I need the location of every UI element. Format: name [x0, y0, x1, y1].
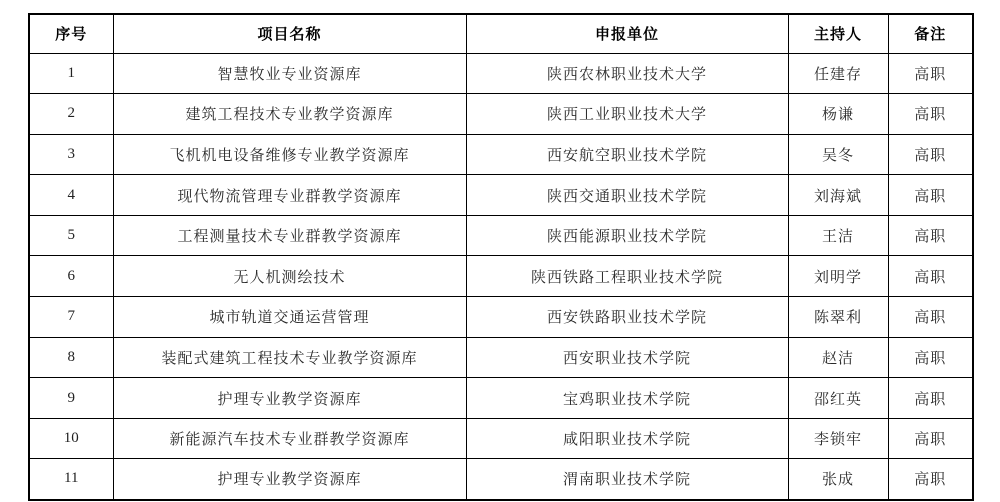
cell-leader: 杨谦 — [788, 94, 888, 135]
cell-applicant-unit: 陕西交通职业技术学院 — [466, 175, 788, 216]
table-row: 9护理专业教学资源库宝鸡职业技术学院邵红英高职 — [29, 378, 973, 419]
cell-leader: 陈翠利 — [788, 297, 888, 338]
cell-project-name: 城市轨道交通运营管理 — [113, 297, 466, 338]
table-row: 7城市轨道交通运营管理西安铁路职业技术学院陈翠利高职 — [29, 297, 973, 338]
cell-serial-number: 3 — [29, 134, 113, 175]
cell-leader: 王洁 — [788, 215, 888, 256]
cell-leader: 邵红英 — [788, 378, 888, 419]
cell-serial-number: 4 — [29, 175, 113, 216]
cell-serial-number: 1 — [29, 53, 113, 94]
cell-applicant-unit: 西安铁路职业技术学院 — [466, 297, 788, 338]
cell-serial-number: 9 — [29, 378, 113, 419]
cell-project-name: 护理专业教学资源库 — [113, 378, 466, 419]
table-row: 5工程测量技术专业群教学资源库陕西能源职业技术学院王洁高职 — [29, 215, 973, 256]
cell-applicant-unit: 陕西工业职业技术大学 — [466, 94, 788, 135]
table-row: 4现代物流管理专业群教学资源库陕西交通职业技术学院刘海斌高职 — [29, 175, 973, 216]
cell-project-name: 工程测量技术专业群教学资源库 — [113, 215, 466, 256]
cell-applicant-unit: 宝鸡职业技术学院 — [466, 378, 788, 419]
cell-remark: 高职 — [888, 215, 973, 256]
cell-leader: 任建存 — [788, 53, 888, 94]
cell-remark: 高职 — [888, 297, 973, 338]
cell-serial-number: 7 — [29, 297, 113, 338]
cell-remark: 高职 — [888, 378, 973, 419]
cell-remark: 高职 — [888, 175, 973, 216]
cell-project-name: 新能源汽车技术专业群教学资源库 — [113, 418, 466, 459]
table-row: 6无人机测绘技术陕西铁路工程职业技术学院刘明学高职 — [29, 256, 973, 297]
cell-project-name: 现代物流管理专业群教学资源库 — [113, 175, 466, 216]
cell-leader: 赵洁 — [788, 337, 888, 378]
table-row: 2建筑工程技术专业教学资源库陕西工业职业技术大学杨谦高职 — [29, 94, 973, 135]
cell-serial-number: 10 — [29, 418, 113, 459]
document-page: 序号项目名称申报单位主持人备注 1智慧牧业专业资源库陕西农林职业技术大学任建存高… — [0, 0, 1000, 502]
table-row: 1智慧牧业专业资源库陕西农林职业技术大学任建存高职 — [29, 53, 973, 94]
cell-serial-number: 5 — [29, 215, 113, 256]
cell-leader: 吴冬 — [788, 134, 888, 175]
table-row: 3飞机机电设备维修专业教学资源库西安航空职业技术学院吴冬高职 — [29, 134, 973, 175]
cell-project-name: 无人机测绘技术 — [113, 256, 466, 297]
cell-project-name: 飞机机电设备维修专业教学资源库 — [113, 134, 466, 175]
cell-remark: 高职 — [888, 459, 973, 500]
cell-remark: 高职 — [888, 337, 973, 378]
cell-leader: 张成 — [788, 459, 888, 500]
cell-leader: 刘明学 — [788, 256, 888, 297]
cell-applicant-unit: 陕西农林职业技术大学 — [466, 53, 788, 94]
project-table: 序号项目名称申报单位主持人备注 1智慧牧业专业资源库陕西农林职业技术大学任建存高… — [28, 13, 974, 501]
cell-applicant-unit: 咸阳职业技术学院 — [466, 418, 788, 459]
cell-applicant-unit: 西安职业技术学院 — [466, 337, 788, 378]
table-row: 8装配式建筑工程技术专业教学资源库西安职业技术学院赵洁高职 — [29, 337, 973, 378]
cell-remark: 高职 — [888, 134, 973, 175]
cell-remark: 高职 — [888, 94, 973, 135]
cell-applicant-unit: 西安航空职业技术学院 — [466, 134, 788, 175]
cell-applicant-unit: 陕西能源职业技术学院 — [466, 215, 788, 256]
cell-project-name: 护理专业教学资源库 — [113, 459, 466, 500]
cell-applicant-unit: 陕西铁路工程职业技术学院 — [466, 256, 788, 297]
cell-serial-number: 2 — [29, 94, 113, 135]
column-header-applicant-unit: 申报单位 — [466, 14, 788, 53]
column-header-serial-number: 序号 — [29, 14, 113, 53]
cell-serial-number: 6 — [29, 256, 113, 297]
cell-project-name: 装配式建筑工程技术专业教学资源库 — [113, 337, 466, 378]
cell-serial-number: 11 — [29, 459, 113, 500]
table-row: 10新能源汽车技术专业群教学资源库咸阳职业技术学院李锁牢高职 — [29, 418, 973, 459]
cell-remark: 高职 — [888, 53, 973, 94]
cell-remark: 高职 — [888, 256, 973, 297]
cell-project-name: 建筑工程技术专业教学资源库 — [113, 94, 466, 135]
cell-leader: 李锁牢 — [788, 418, 888, 459]
column-header-remark: 备注 — [888, 14, 973, 53]
cell-leader: 刘海斌 — [788, 175, 888, 216]
cell-project-name: 智慧牧业专业资源库 — [113, 53, 466, 94]
table-header-row: 序号项目名称申报单位主持人备注 — [29, 14, 973, 53]
cell-serial-number: 8 — [29, 337, 113, 378]
table-row: 11护理专业教学资源库渭南职业技术学院张成高职 — [29, 459, 973, 500]
cell-remark: 高职 — [888, 418, 973, 459]
cell-applicant-unit: 渭南职业技术学院 — [466, 459, 788, 500]
column-header-leader: 主持人 — [788, 14, 888, 53]
column-header-project-name: 项目名称 — [113, 14, 466, 53]
